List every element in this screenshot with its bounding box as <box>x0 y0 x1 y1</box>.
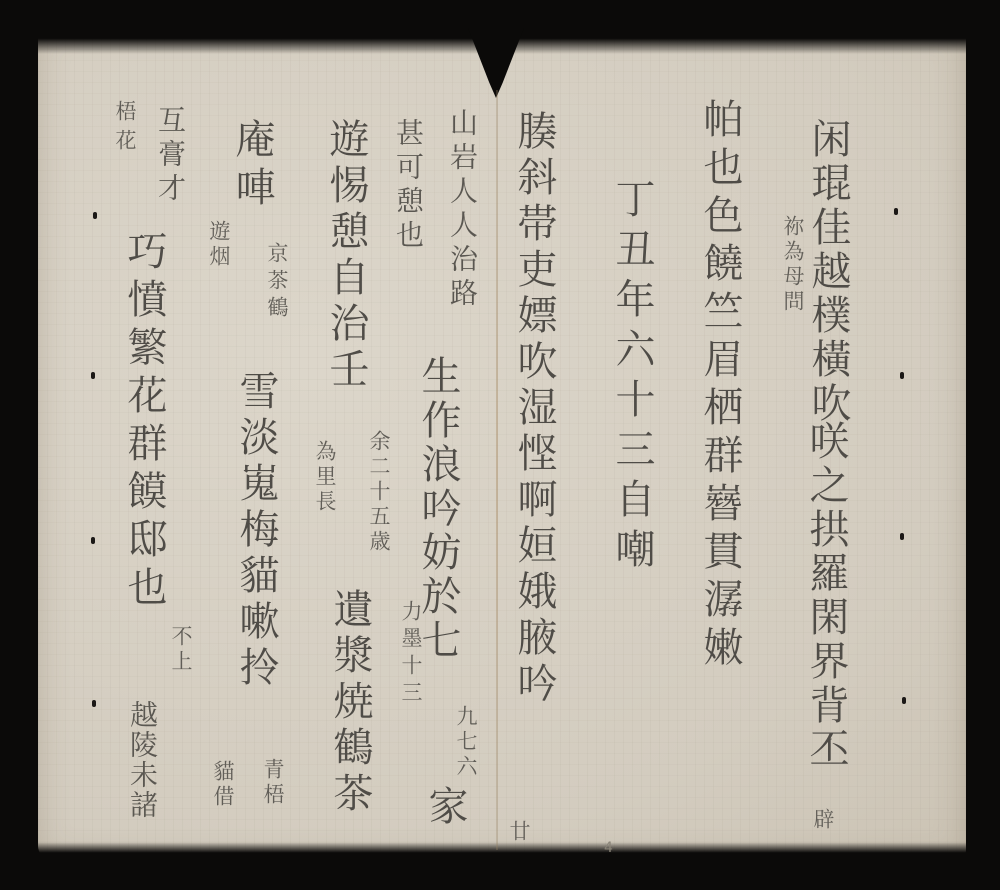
binding-hole <box>900 372 904 379</box>
text-column: 甚可憩也 <box>394 118 422 254</box>
annotation-column: 京茶鶴 <box>266 242 287 323</box>
binding-hole <box>902 697 906 704</box>
annotation-column: 青梧 <box>262 758 283 808</box>
text-column: 庵唓 <box>232 118 272 214</box>
page-number: 4 <box>604 840 613 856</box>
annotation-column: 梧花 <box>114 100 135 158</box>
signature: 越陵未諸 <box>128 700 156 820</box>
annotation-column: 不上 <box>170 625 191 675</box>
binding-hole <box>894 208 898 215</box>
poem-title: 丁丑年六十三自嘲 <box>612 178 652 578</box>
annotation-column: 貓借 <box>212 760 233 810</box>
center-fold <box>496 90 498 850</box>
text-column: 闲琨佳越樸橫吹 <box>808 118 848 426</box>
text-column: 雪淡嵬梅貓嗽拎 <box>236 370 276 692</box>
annotation-column: 辟 <box>812 808 833 833</box>
text-column: 咲之拱羅閑界背丕 <box>806 420 846 772</box>
annotation-column: 祢為母問 <box>782 215 803 315</box>
annotation-column: 為里長 <box>314 440 335 515</box>
text-column: 帕也色饒竺眉栖群嶜貫潺嫩 <box>700 98 740 674</box>
annotation-column: 廿 <box>508 820 529 845</box>
text-column: 家 <box>425 785 465 829</box>
text-column: 腠斜帯吏嫖吹湿悭啊姮娥腋吟 <box>514 110 554 708</box>
text-column: 遺漿焼鶴茶 <box>330 588 370 818</box>
text-column: 山岩人人治路 <box>448 108 476 312</box>
binding-hole <box>900 533 904 540</box>
text-column: 巧憤繁花群饃邸也 <box>124 230 164 614</box>
annotation-column: 力墨十三 <box>400 600 421 708</box>
binding-hole <box>91 537 95 544</box>
binding-hole <box>91 372 95 379</box>
text-column: 互膏才 <box>156 105 184 207</box>
binding-hole <box>92 700 96 707</box>
text-column: 生作浪吟妨於七 <box>418 355 458 663</box>
text-column: 遊惕憩自治壬 <box>326 118 366 394</box>
annotation-column: 遊烟 <box>208 220 229 270</box>
annotation-column: 九七六 <box>455 705 476 780</box>
annotation-column: 余二十五歳 <box>368 430 389 555</box>
torn-bottom-edge <box>38 842 966 860</box>
binding-hole <box>93 212 97 219</box>
